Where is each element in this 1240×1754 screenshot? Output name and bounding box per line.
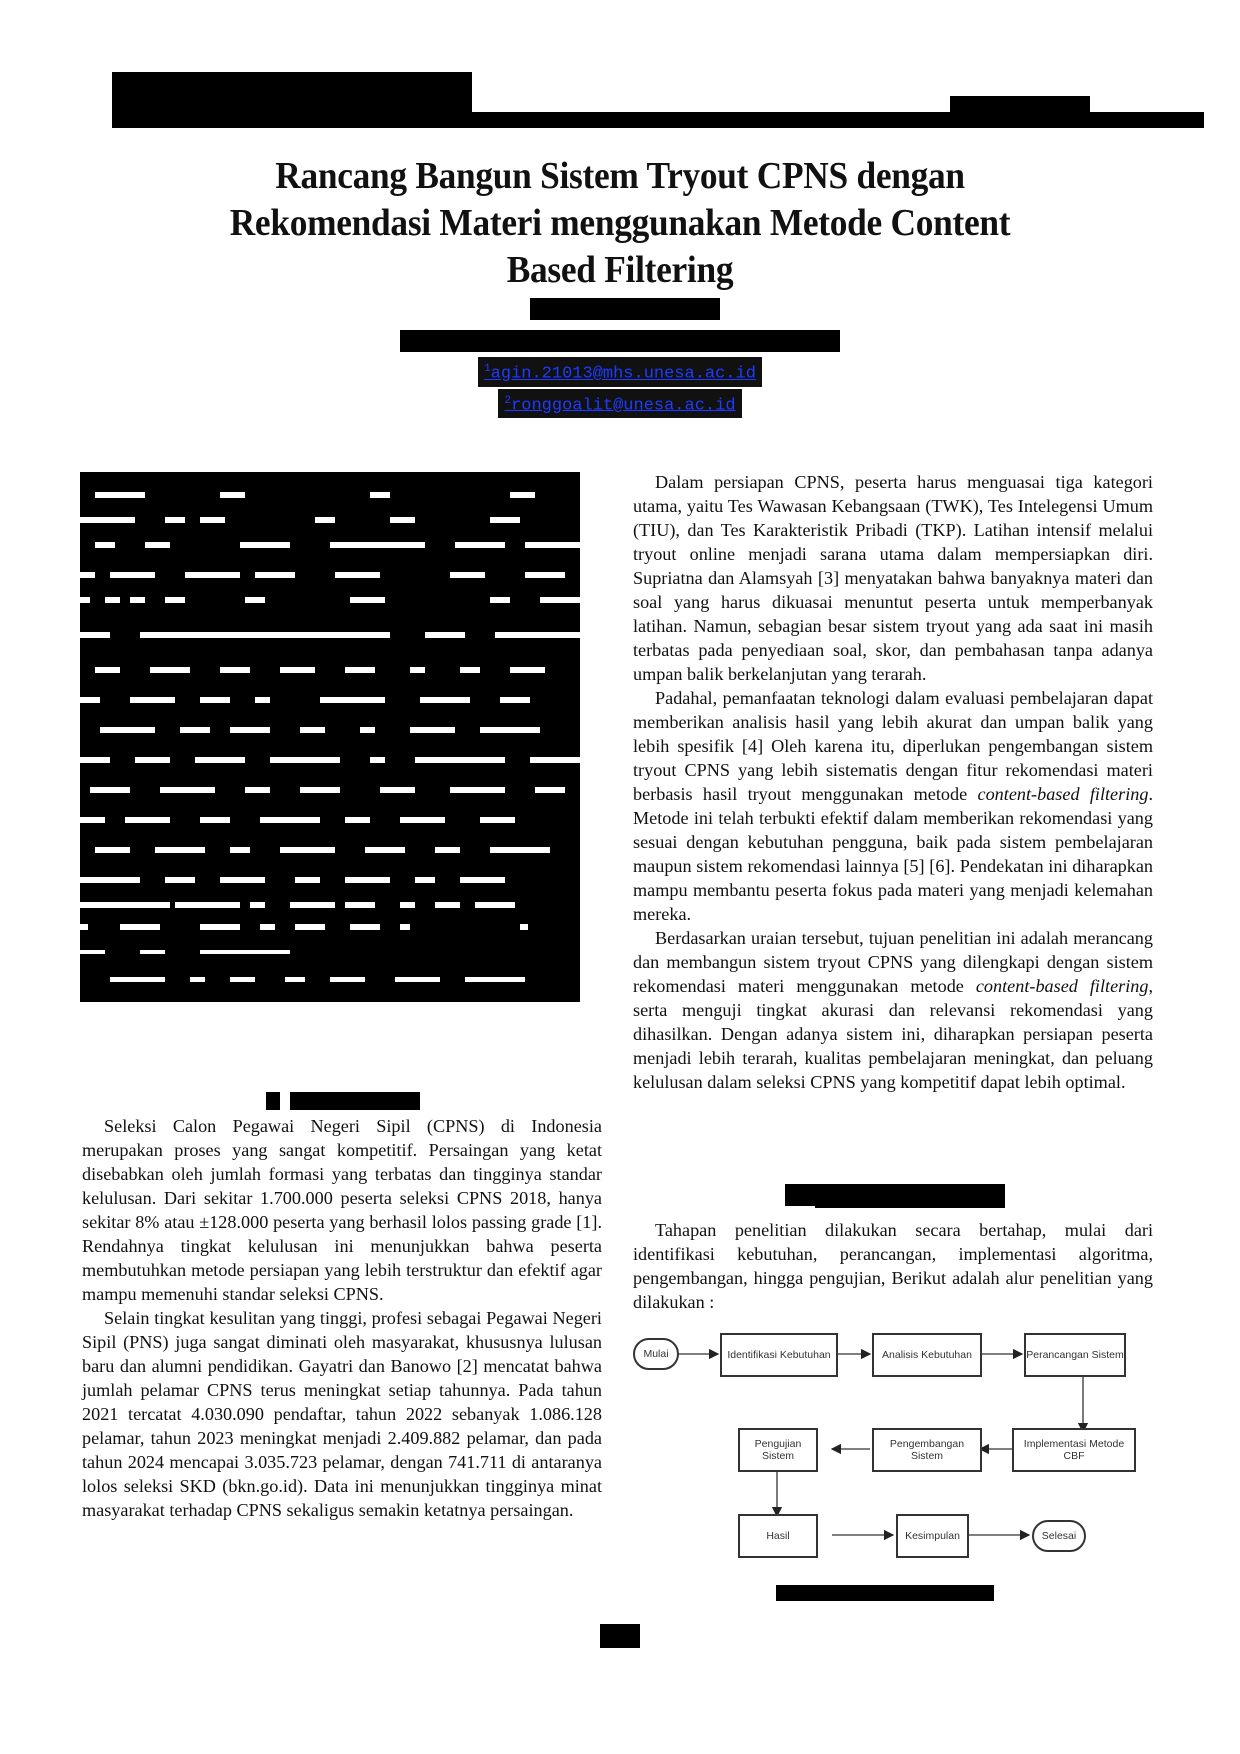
title-line-1: Rancang Bangun Sistem Tryout CPNS dengan (174, 153, 1067, 200)
title-line-3: Based Filtering (174, 247, 1067, 294)
email-link-2[interactable]: 2ronggoalit@unesa.ac.id (498, 389, 741, 419)
section-2-title-redacted (815, 1184, 1005, 1208)
intro-paragraph-2: Selain tingkat kesulitan yang tinggi, pr… (82, 1306, 602, 1522)
section-1-title-redacted (290, 1092, 420, 1110)
abstract-redaction-pattern (80, 472, 580, 1002)
section-2-heading-redacted (785, 1184, 815, 1206)
journal-header-redacted (112, 72, 472, 112)
flow-node-end: Selesai (1032, 1520, 1086, 1552)
method-paragraph: Tahapan penelitian dilakukan secara bert… (633, 1218, 1153, 1314)
author-names-redacted (530, 298, 720, 320)
flow-node-hasil: Hasil (738, 1514, 818, 1558)
flow-node-kesimpulan: Kesimpulan (896, 1514, 969, 1558)
flow-node-identifikasi: Identifikasi Kebutuhan (720, 1333, 838, 1377)
intro-paragraph-5: Berdasarkan uraian tersebut, tujuan pene… (633, 926, 1153, 1094)
figure-caption-redacted (776, 1585, 994, 1601)
title-line-2: Rekomendasi Materi menggunakan Metode Co… (174, 200, 1067, 247)
flow-node-start: Mulai (633, 1338, 679, 1370)
flow-node-analisis: Analisis Kebutuhan (872, 1333, 982, 1377)
page-number-redacted (600, 1624, 640, 1648)
cbf-term: content-based filtering (978, 784, 1149, 804)
flow-node-perancangan: Perancangan Sistem (1024, 1333, 1126, 1377)
cbf-term: content-based filtering (976, 976, 1149, 996)
right-column-body: Dalam persiapan CPNS, peserta harus meng… (633, 470, 1153, 1094)
left-column-body: Seleksi Calon Pegawai Negeri Sipil (CPNS… (82, 1114, 602, 1522)
research-flowchart: Mulai Identifikasi Kebutuhan Analisis Ke… (630, 1328, 1190, 1568)
intro-paragraph-1: Seleksi Calon Pegawai Negeri Sipil (CPNS… (82, 1114, 602, 1306)
section-1-heading-redacted (266, 1092, 280, 1110)
flow-node-pengembangan: Pengembangan Sistem (872, 1428, 982, 1472)
abstract-redacted (80, 472, 580, 1002)
intro-paragraph-4: Padahal, pemanfaatan teknologi dalam eva… (633, 686, 1153, 926)
author-emails: 1agin.21013@mhs.unesa.ac.id 2ronggoalit@… (390, 357, 850, 418)
flow-node-pengujian: Pengujian Sistem (738, 1428, 818, 1472)
affiliation-redacted (400, 330, 840, 352)
email-link-1[interactable]: 1agin.21013@mhs.unesa.ac.id (478, 357, 762, 387)
header-rule (112, 112, 1204, 128)
intro-paragraph-3: Dalam persiapan CPNS, peserta harus meng… (633, 470, 1153, 686)
paper-title: Rancang Bangun Sistem Tryout CPNS dengan… (174, 153, 1067, 294)
flow-node-implementasi: Implementasi Metode CBF (1012, 1428, 1136, 1472)
